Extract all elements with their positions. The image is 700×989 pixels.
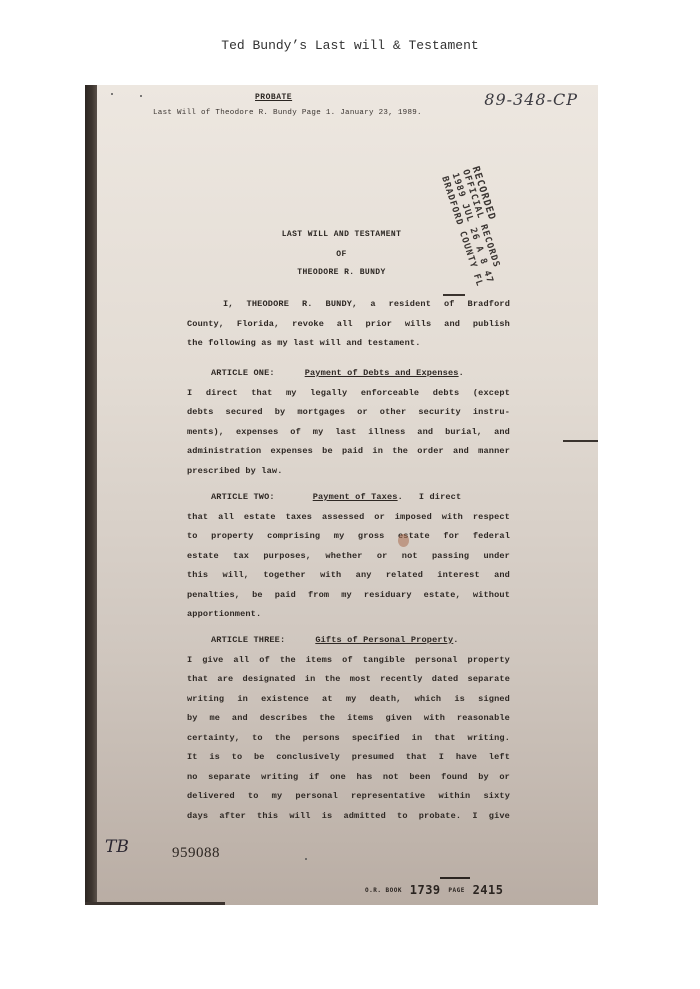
will-title: LAST WILL AND TESTAMENT	[85, 230, 598, 239]
testator-name: THEODORE R. BUNDY	[85, 268, 598, 277]
text-line: delivered to my personal representative …	[187, 787, 510, 807]
book-label: O.R. BOOK	[365, 887, 402, 894]
text-line: estate tax purposes, whether or not pass…	[187, 547, 510, 567]
text-line: certainty, to the persons specified in t…	[187, 729, 510, 749]
text-line: County, Florida, revoke all prior wills …	[187, 315, 510, 335]
text-line: that all estate taxes assessed or impose…	[187, 508, 510, 528]
text-line: penalties, be paid from my residuary est…	[187, 586, 510, 606]
preamble-paragraph: I, THEODORE R. BUNDY, a resident of Brad…	[205, 295, 510, 354]
text-line: to property comprising my gross estate f…	[187, 527, 510, 547]
article-label: ARTICLE TWO:	[211, 492, 275, 502]
page-label: PAGE	[448, 887, 464, 894]
document-caption: Ted Bundy’s Last will & Testament	[0, 38, 700, 53]
article-three: ARTICLE THREE:Gifts of Personal Property…	[187, 631, 510, 826]
page-header-line: Last Will of Theodore R. Bundy Page 1. J…	[153, 109, 422, 117]
speck	[111, 93, 113, 95]
book-number: 1739	[410, 883, 441, 897]
binder-edge	[85, 85, 97, 905]
article-two: ARTICLE TWO:Payment of Taxes. I direct t…	[187, 488, 510, 625]
page-number: 2415	[473, 883, 504, 897]
text-line: no separate writing if one has not been …	[187, 768, 510, 788]
text-line: debts secured by mortgages or other secu…	[187, 403, 510, 423]
coffee-stain	[398, 534, 409, 547]
text-line: I, THEODORE R. BUNDY, a resident of Brad…	[205, 295, 510, 315]
text-line: I give all of the items of tangible pers…	[187, 651, 510, 671]
text-line: the following as my last will and testam…	[187, 334, 510, 354]
handwritten-case-number: 89-348-CP	[484, 90, 578, 109]
article-heading: Gifts of Personal Property	[315, 635, 453, 645]
text-line: ments), expenses of my last illness and …	[187, 423, 510, 443]
article-heading-line: ARTICLE THREE:Gifts of Personal Property…	[187, 631, 510, 651]
speck	[140, 95, 142, 97]
article-label: ARTICLE ONE:	[211, 368, 275, 378]
probate-mark: PROBATE	[255, 93, 292, 102]
text-line: days after this will is admitted to prob…	[187, 807, 510, 827]
pen-mark	[440, 877, 470, 879]
handwritten-initials: TB	[105, 837, 129, 857]
will-document-photo: PROBATE Last Will of Theodore R. Bundy P…	[85, 85, 598, 905]
speck	[305, 858, 307, 860]
text-line: It is to be conclusively presumed that I…	[187, 748, 510, 768]
text-line: I direct that my legally enforceable deb…	[187, 384, 510, 404]
recorded-stamp: RECORDED OFFICIAL RECORDS 1989 JUL 26 A …	[438, 165, 514, 283]
text-line: administration expenses be paid in the o…	[187, 442, 510, 462]
text-line: by me and describes the items given with…	[187, 709, 510, 729]
text-line: apportionment.	[187, 605, 510, 625]
article-heading: Payment of Taxes	[313, 492, 398, 502]
will-title-of: OF	[85, 250, 598, 259]
binder-bottom-edge	[85, 902, 225, 905]
article-one: ARTICLE ONE:Payment of Debts and Expense…	[187, 364, 510, 481]
text-line: this will, together with any related int…	[187, 566, 510, 586]
book-page-reference: O.R. BOOK 1739 PAGE 2415	[365, 883, 503, 897]
text-line: prescribed by law.	[187, 462, 510, 482]
article-heading-line: ARTICLE ONE:Payment of Debts and Expense…	[187, 364, 510, 384]
article-heading: Payment of Debts and Expenses	[305, 368, 459, 378]
text-line: writing in existence at my death, which …	[187, 690, 510, 710]
article-label: ARTICLE THREE:	[211, 635, 285, 645]
heading-tail: I direct	[419, 492, 461, 502]
article-heading-line: ARTICLE TWO:Payment of Taxes. I direct	[187, 488, 510, 508]
margin-mark	[563, 440, 598, 442]
text-line: that are designated in the most recently…	[187, 670, 510, 690]
document-number: 959088	[172, 845, 220, 862]
